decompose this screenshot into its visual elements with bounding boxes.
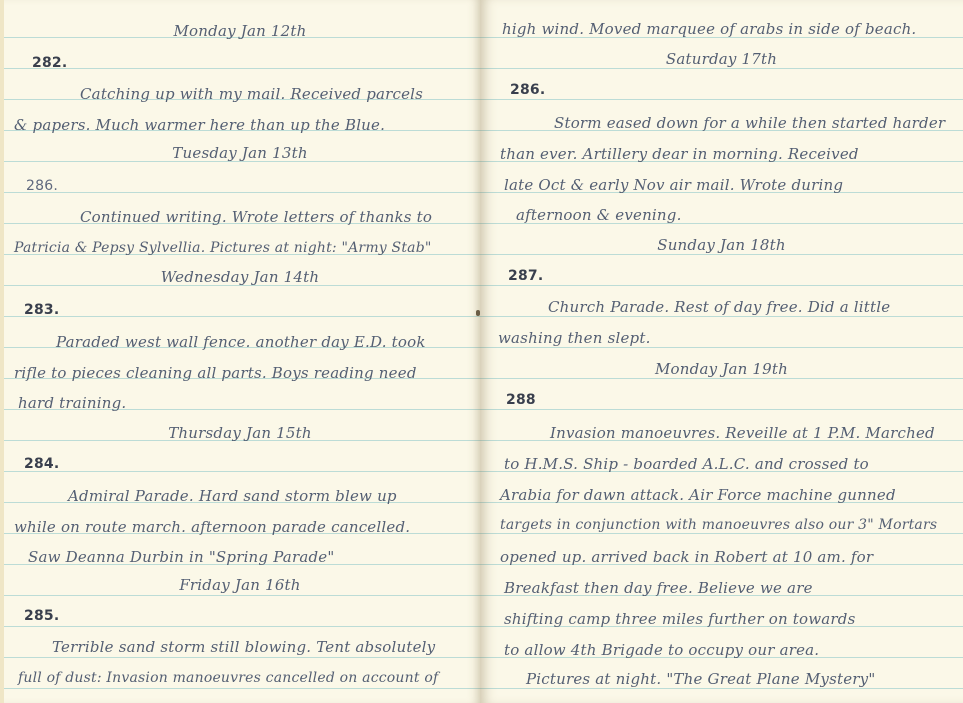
entry-number: 287.: [508, 268, 543, 284]
diary-text-line: & papers. Much warmer here than up the B…: [14, 116, 385, 134]
diary-text-line: opened up. arrived back in Robert at 10 …: [500, 548, 873, 566]
date-heading: Wednesday Jan 14th: [0, 268, 480, 286]
date-heading: Tuesday Jan 13th: [0, 144, 480, 162]
diary-text-line: hard training.: [18, 394, 126, 412]
diary-text-line: rifle to pieces cleaning all parts. Boys…: [14, 364, 417, 382]
date-heading: Friday Jan 16th: [0, 576, 480, 594]
diary-text-line: Catching up with my mail. Received parce…: [80, 85, 423, 103]
diary-text-line: washing then slept.: [498, 329, 651, 347]
entry-number: 283.: [24, 302, 59, 318]
diary-text-line: Invasion manoeuvres. Reveille at 1 P.M. …: [550, 424, 935, 442]
date-heading: Monday Jan 19th: [480, 360, 963, 378]
diary-text-line: full of dust: Invasion manoeuvres cancel…: [18, 670, 438, 686]
diary-text-line: shifting camp three miles further on tow…: [504, 610, 856, 628]
diary-text-line: to H.M.S. Ship - boarded A.L.C. and cros…: [504, 455, 869, 473]
diary-text-line: than ever. Artillery dear in morning. Re…: [500, 145, 859, 163]
diary-text-line: to allow 4th Brigade to occupy our area.: [504, 641, 819, 659]
entry-number: 284.: [24, 456, 59, 472]
diary-text-line: high wind. Moved marquee of arabs in sid…: [502, 20, 916, 38]
entry-number: 286.: [510, 82, 545, 98]
date-heading: Thursday Jan 15th: [0, 424, 480, 442]
entry-number: 286.: [26, 178, 58, 194]
diary-text-line: Saw Deanna Durbin in "Spring Parade": [28, 548, 334, 566]
diary-spread: Monday Jan 12th 282. Catching up with my…: [0, 0, 963, 703]
date-heading: Saturday 17th: [480, 50, 963, 68]
entry-number: 285.: [24, 608, 59, 624]
date-heading: Monday Jan 12th: [0, 22, 480, 40]
date-heading: Sunday Jan 18th: [480, 236, 963, 254]
right-page: high wind. Moved marquee of arabs in sid…: [480, 0, 963, 703]
diary-text-line: Storm eased down for a while then starte…: [554, 114, 945, 132]
diary-text-line: targets in conjunction with manoeuvres a…: [500, 517, 937, 533]
diary-text-line: afternoon & evening.: [516, 206, 682, 224]
diary-text-line: while on route march. afternoon parade c…: [14, 518, 410, 536]
diary-text-line: Paraded west wall fence. another day E.D…: [56, 333, 426, 351]
entry-number: 282.: [32, 55, 67, 71]
left-page: Monday Jan 12th 282. Catching up with my…: [0, 0, 480, 703]
diary-text-line: Continued writing. Wrote letters of than…: [80, 208, 432, 226]
diary-text-line: Church Parade. Rest of day free. Did a l…: [548, 298, 890, 316]
entry-number: 288: [506, 392, 536, 408]
page-edge: [0, 0, 4, 703]
diary-text-line: late Oct & early Nov air mail. Wrote dur…: [504, 176, 843, 194]
diary-text-line: Arabia for dawn attack. Air Force machin…: [500, 486, 896, 504]
diary-text-line: Admiral Parade. Hard sand storm blew up: [68, 487, 397, 505]
diary-text-line: Terrible sand storm still blowing. Tent …: [52, 638, 435, 656]
diary-text-line: Breakfast then day free. Believe we are: [504, 579, 813, 597]
diary-text-line: Patricia & Pepsy Sylvellia. Pictures at …: [14, 240, 432, 256]
diary-text-line: Pictures at night. "The Great Plane Myst…: [526, 670, 875, 688]
